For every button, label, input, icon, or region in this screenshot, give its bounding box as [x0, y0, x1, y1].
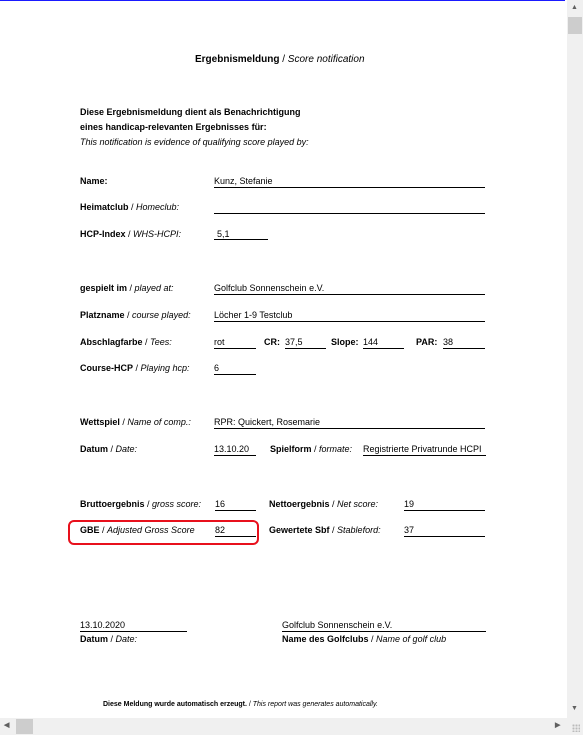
gross-label-de: Bruttoergebnis	[80, 499, 145, 509]
course-label: Platzname / course played:	[80, 309, 191, 321]
score-notification-document: Ergebnismeldung / Score notification Die…	[0, 1, 567, 718]
separator: /	[100, 525, 108, 535]
cr-label: CR:	[264, 336, 280, 348]
slope-label: Slope:	[331, 336, 359, 348]
intro-line-1: Diese Ergebnismeldung dient als Benachri…	[80, 107, 301, 117]
title-separator: /	[279, 54, 287, 65]
footer-en: This report was generates automatically.	[253, 701, 378, 708]
par-value: 38	[443, 336, 485, 349]
tees-label-de: Abschlagfarbe	[80, 337, 143, 347]
slope-value: 144	[363, 336, 404, 349]
format-value: Registrierte Privatrunde HCPI	[363, 443, 486, 456]
played-at-label: gespielt im / played at:	[80, 282, 174, 294]
format-label: Spielform / formate:	[270, 443, 352, 455]
signature-date-value: 13.10.2020	[80, 619, 187, 632]
signature-date-label-en: Date:	[116, 634, 138, 644]
title-en: Score notification	[288, 54, 365, 65]
vertical-scroll-thumb[interactable]	[568, 17, 582, 34]
competition-label: Wettspiel / Name of comp.:	[80, 416, 191, 428]
horizontal-scrollbar[interactable]: ◀ ▶	[0, 718, 567, 735]
competition-label-en: Name of comp.:	[127, 417, 191, 427]
scroll-up-icon[interactable]: ▲	[571, 4, 578, 11]
homeclub-label-de: Heimatclub	[80, 202, 129, 212]
scrollbar-corner	[567, 718, 583, 735]
homeclub-value	[214, 201, 485, 214]
par-label: PAR:	[416, 336, 437, 348]
stableford-label-de: Gewertete Sbf	[269, 525, 330, 535]
intro-line-3: This notification is evidence of qualify…	[80, 137, 309, 147]
signature-date-label-de: Datum	[80, 634, 108, 644]
scroll-down-icon[interactable]: ▼	[571, 705, 578, 712]
date-label: Datum / Date:	[80, 443, 137, 455]
course-value: Löcher 1-9 Testclub	[214, 309, 485, 322]
tees-value: rot	[214, 336, 256, 349]
separator: /	[127, 283, 135, 293]
vertical-scrollbar[interactable]: ▲ ▼	[567, 0, 583, 718]
separator: /	[125, 310, 133, 320]
tees-label: Abschlagfarbe / Tees:	[80, 336, 172, 348]
stableford-value: 37	[404, 524, 485, 537]
signature-date-label: Datum / Date:	[80, 633, 137, 645]
course-hcp-label-en: Playing hcp:	[141, 363, 190, 373]
course-label-de: Platzname	[80, 310, 125, 320]
signature-club-label-en: Name of golf club	[376, 634, 446, 644]
date-label-en: Date:	[116, 444, 138, 454]
separator: /	[330, 499, 338, 509]
footer-note: Diese Meldung wurde automatisch erzeugt.…	[103, 701, 378, 708]
played-at-label-de: gespielt im	[80, 283, 127, 293]
competition-value: RPR: Quickert, Rosemarie	[214, 416, 485, 429]
scroll-left-icon[interactable]: ◀	[4, 722, 9, 729]
net-score-value: 19	[404, 498, 485, 511]
competition-label-de: Wettspiel	[80, 417, 120, 427]
separator: /	[145, 499, 153, 509]
played-at-label-en: played at:	[135, 283, 174, 293]
page-title: Ergebnismeldung / Score notification	[195, 54, 365, 65]
net-label-en: Net score:	[337, 499, 378, 509]
scroll-right-icon[interactable]: ▶	[555, 722, 560, 729]
hcp-label-de: HCP-Index	[80, 229, 126, 239]
stableford-label-en: Stableford:	[337, 525, 381, 535]
gbe-label-de: GBE	[80, 525, 100, 535]
intro-line-2: eines handicap-relevanten Ergebnisses fü…	[80, 122, 267, 132]
separator: /	[108, 444, 116, 454]
separator: /	[133, 363, 141, 373]
signature-club-label: Name des Golfclubs / Name of golf club	[282, 633, 446, 645]
separator: /	[330, 525, 338, 535]
name-value: Kunz, Stefanie	[214, 175, 485, 188]
gross-score-label: Bruttoergebnis / gross score:	[80, 498, 201, 510]
date-value: 13.10.20	[214, 443, 256, 456]
title-de: Ergebnismeldung	[195, 54, 279, 65]
net-label-de: Nettoergebnis	[269, 499, 330, 509]
homeclub-label-en: Homeclub:	[136, 202, 179, 212]
hcp-label-en: WHS-HCPI:	[133, 229, 181, 239]
separator: /	[108, 634, 116, 644]
separator: /	[369, 634, 377, 644]
course-hcp-value: 6	[214, 362, 256, 375]
played-at-value: Golfclub Sonnenschein e.V.	[214, 282, 485, 295]
separator: /	[312, 444, 320, 454]
gbe-value: 82	[215, 524, 256, 537]
resize-grip-icon[interactable]	[572, 724, 580, 732]
separator: /	[126, 229, 134, 239]
hcp-index-value: 5,1	[214, 228, 268, 240]
tees-label-en: Tees:	[150, 337, 172, 347]
homeclub-label: Heimatclub / Homeclub:	[80, 201, 179, 213]
course-label-en: course played:	[132, 310, 191, 320]
separator: /	[143, 337, 151, 347]
stableford-label: Gewertete Sbf / Stableford:	[269, 524, 381, 536]
format-label-en: formate:	[319, 444, 352, 454]
horizontal-scroll-thumb[interactable]	[16, 719, 33, 734]
signature-club-value: Golfclub Sonnenschein e.V.	[282, 619, 486, 632]
separator: /	[129, 202, 137, 212]
gross-score-value: 16	[215, 498, 256, 511]
gbe-label-en: Adjusted Gross Score	[107, 525, 195, 535]
format-label-de: Spielform	[270, 444, 312, 454]
name-label: Name:	[80, 175, 108, 187]
hcp-index-label: HCP-Index / WHS-HCPI:	[80, 228, 181, 240]
date-label-de: Datum	[80, 444, 108, 454]
net-score-label: Nettoergebnis / Net score:	[269, 498, 378, 510]
cr-value: 37,5	[285, 336, 326, 349]
course-hcp-label-de: Course-HCP	[80, 363, 133, 373]
signature-club-label-de: Name des Golfclubs	[282, 634, 369, 644]
gross-label-en: gross score:	[152, 499, 201, 509]
footer-de: Diese Meldung wurde automatisch erzeugt.	[103, 701, 247, 708]
gbe-label: GBE / Adjusted Gross Score	[80, 524, 195, 536]
course-hcp-label: Course-HCP / Playing hcp:	[80, 362, 190, 374]
